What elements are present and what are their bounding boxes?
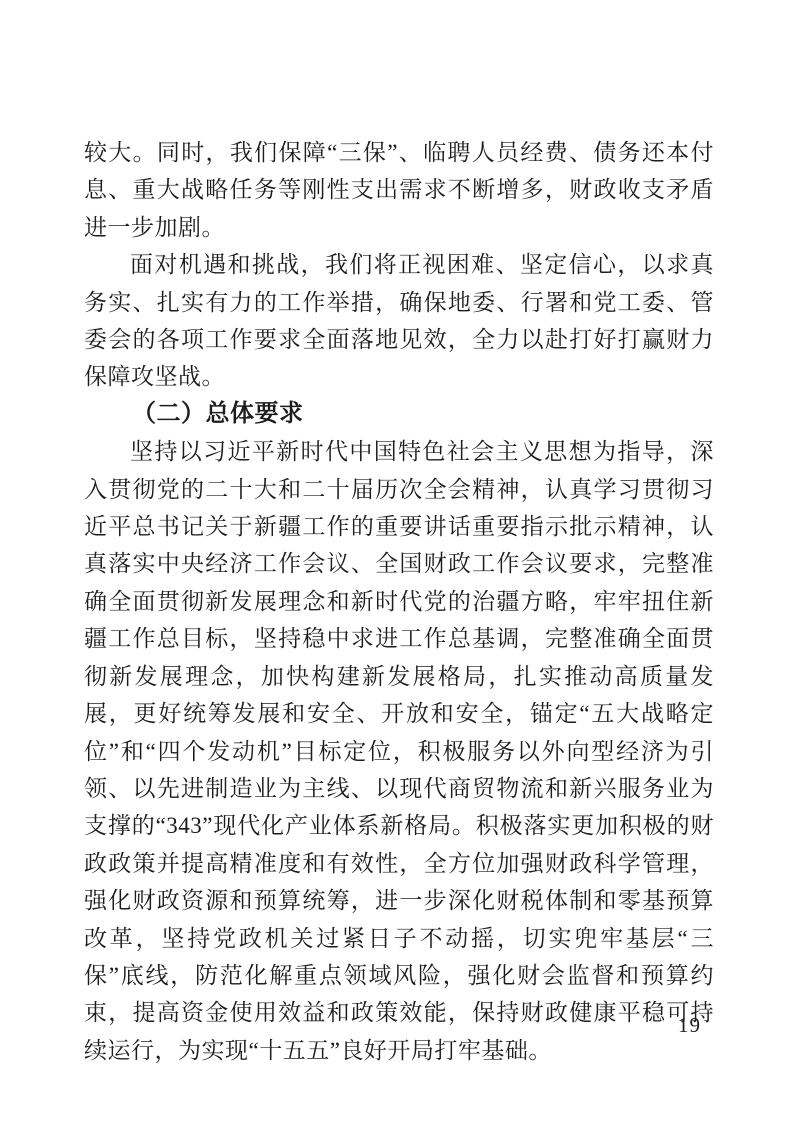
section-heading-overall-requirements: （二）总体要求 — [84, 396, 714, 433]
document-page: 较大。同时，我们保障“三保”、临聘人员经费、债务还本付息、重大战略任务等刚性支出… — [0, 0, 793, 1122]
paragraph-guiding-principles: 坚持以习近平新时代中国特色社会主义思想为指导，深入贯彻党的二十大和二十届历次全会… — [84, 433, 714, 1069]
page-text-block: 较大。同时，我们保障“三保”、临聘人员经费、债务还本付息、重大战略任务等刚性支出… — [84, 134, 714, 1069]
paragraph-continuation: 较大。同时，我们保障“三保”、临聘人员经费、债务还本付息、重大战略任务等刚性支出… — [84, 134, 714, 246]
page-number: 19 — [678, 1013, 701, 1037]
paragraph-opportunities-challenges: 面对机遇和挑战，我们将正视困难、坚定信心，以求真务实、扎实有力的工作举措，确保地… — [84, 246, 714, 396]
